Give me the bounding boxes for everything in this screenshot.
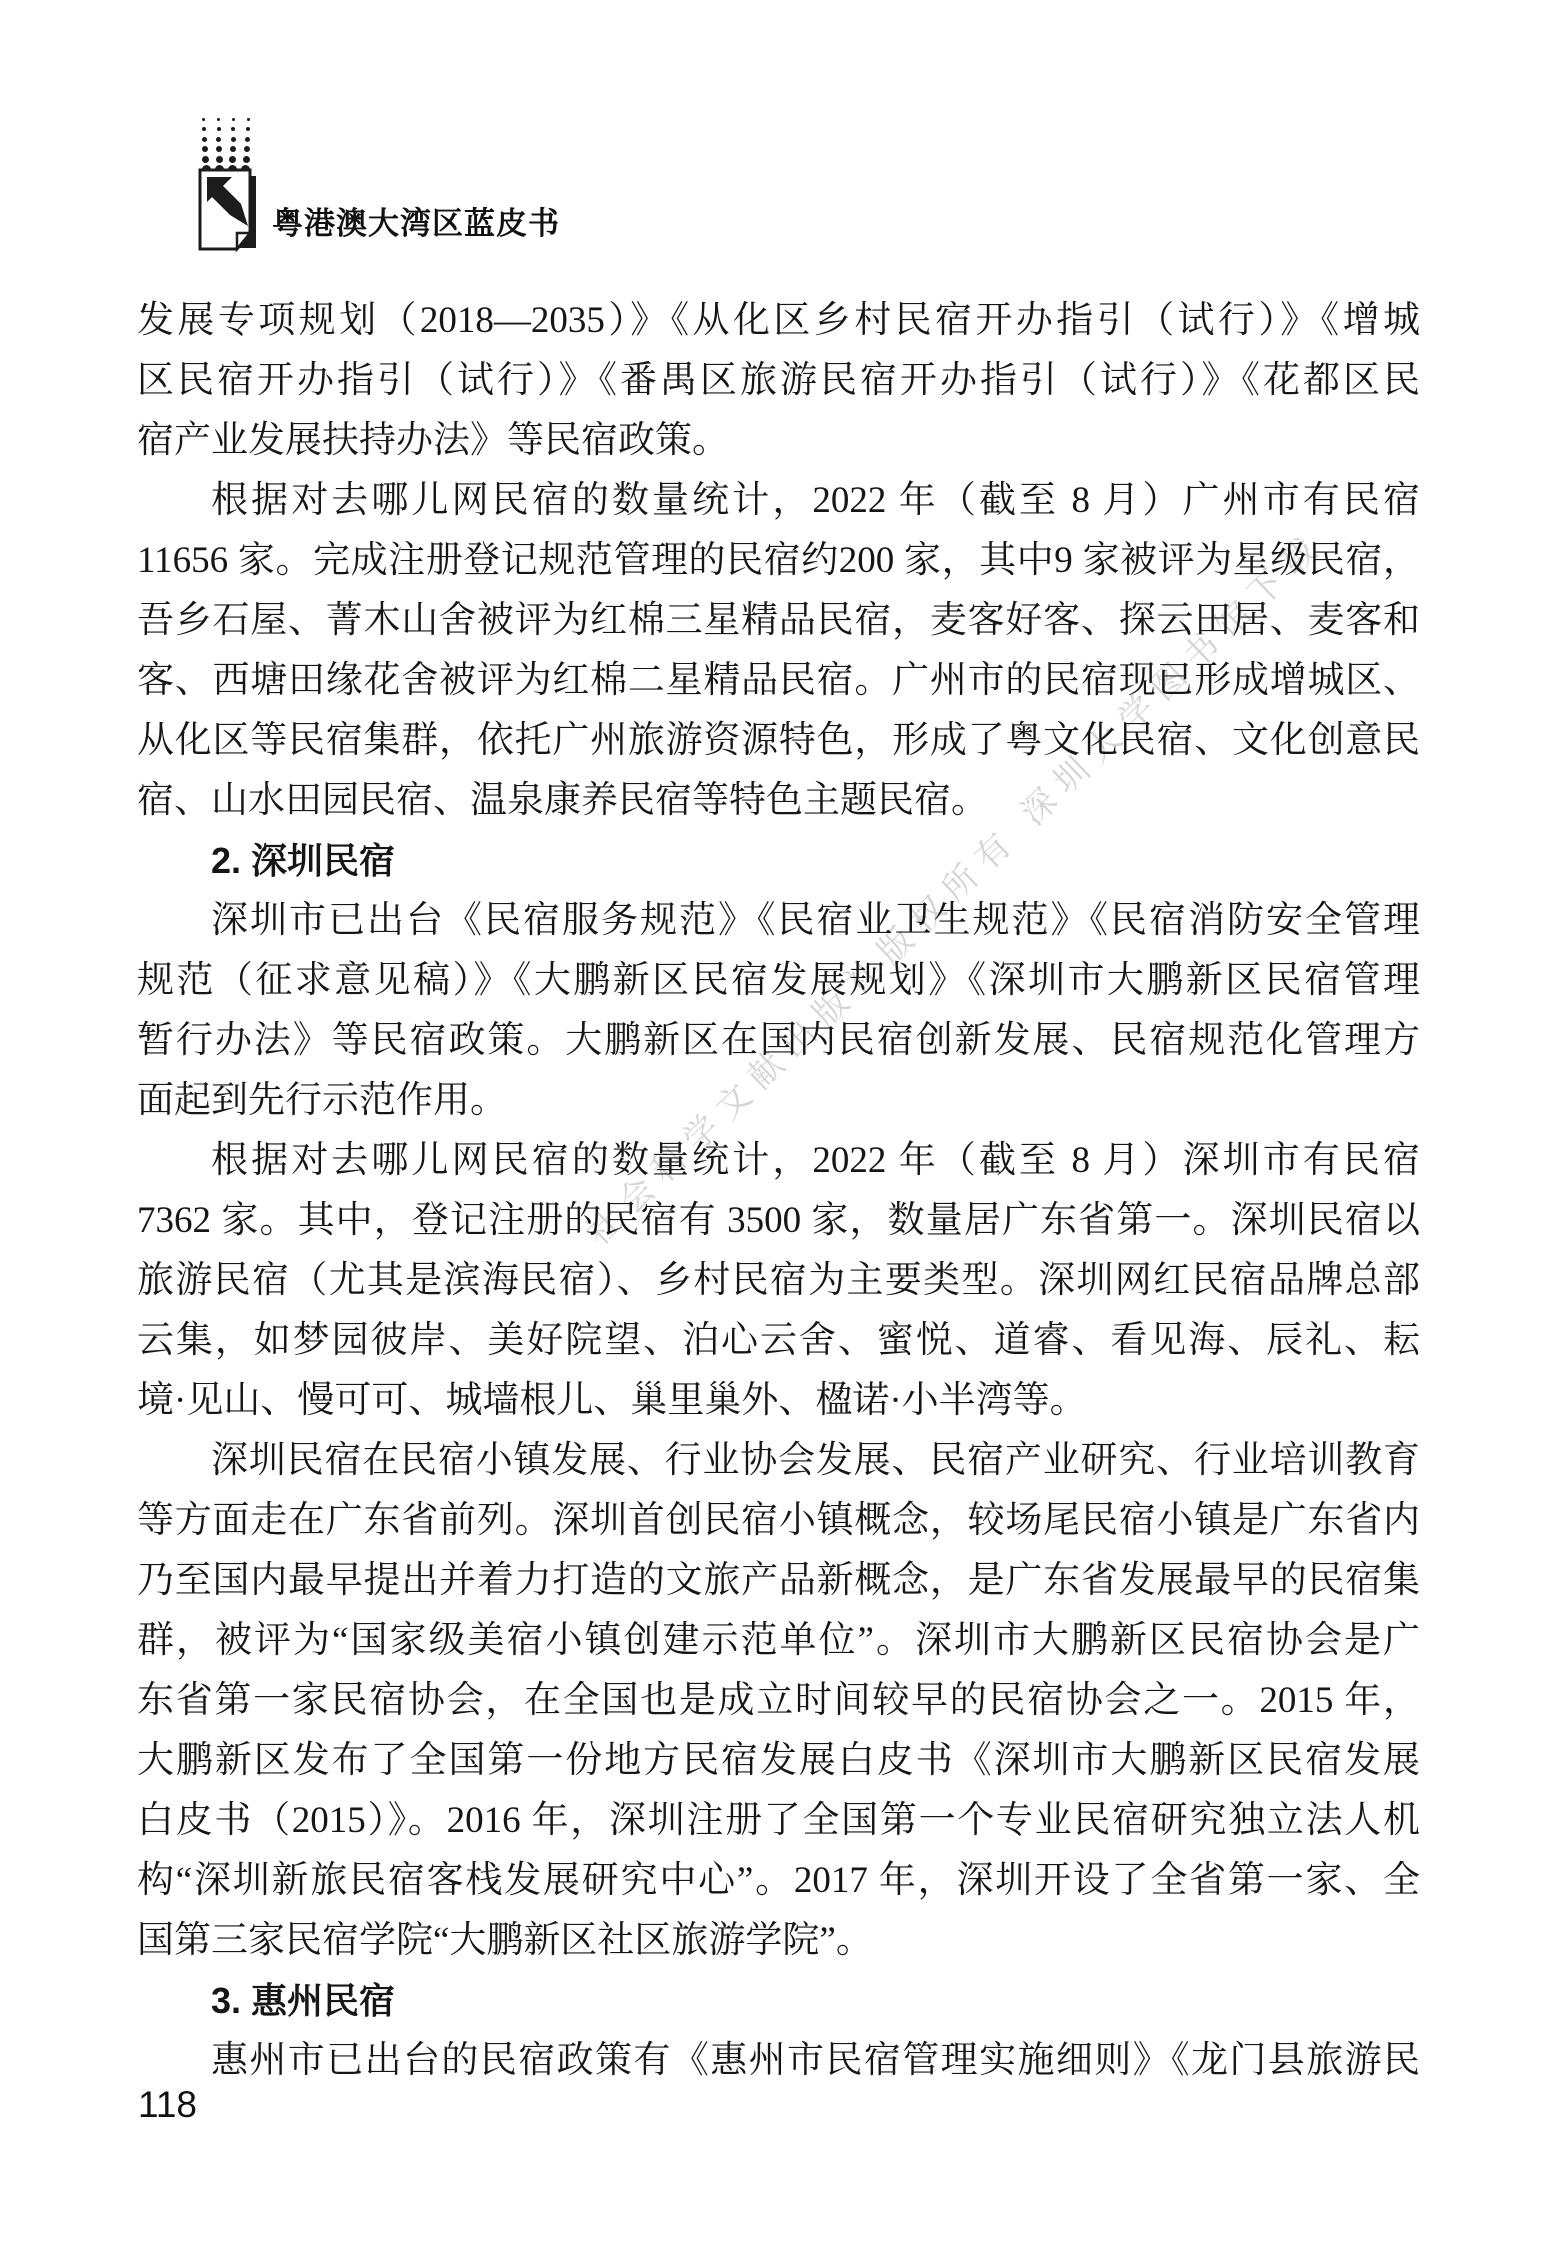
text-line: 客、西塘田缘花舍被评为红棉二星精品民宿。广州市的民宿现已形成增城区、 [137,651,1420,711]
text-line: 群，被评为“国家级美宿小镇创建示范单位”。深圳市大鹏新区民宿协会是广 [137,1611,1420,1671]
text-line: 国第三家民宿学院“大鹏新区社区旅游学院”。 [137,1911,1420,1971]
section-heading-shenzhen: 2. 深圳民宿 [137,831,1420,891]
text-line: 宿、山水田园民宿、温泉康养民宿等特色主题民宿。 [137,771,1420,831]
text-line: 根据对去哪儿网民宿的数量统计，2022 年（截至 8 月）广州市有民宿 [137,471,1420,531]
text-line: 暂行办法》等民宿政策。大鹏新区在国内民宿创新发展、民宿规范化管理方 [137,1011,1420,1071]
text-line: 乃至国内最早提出并着力打造的文旅产品新概念，是广东省发展最早的民宿集 [137,1551,1420,1611]
text-line: 规范（征求意见稿）》《大鹏新区民宿发展规划》《深圳市大鹏新区民宿管理 [137,951,1420,1011]
text-line: 东省第一家民宿协会，在全国也是成立时间较早的民宿协会之一。2015 年， [137,1671,1420,1731]
text-line: 白皮书（2015）》。2016 年，深圳注册了全国第一个专业民宿研究独立法人机 [137,1791,1420,1851]
page-number: 118 [138,2084,197,2126]
text-line: 发展专项规划（2018—2035）》《从化区乡村民宿开办指引（试行）》《增城 [137,291,1420,351]
text-line: 云集，如梦园彼岸、美好院望、泊心云舍、蜜悦、道睿、看见海、辰礼、耘 [137,1311,1420,1371]
document-page: 粤港澳大湾区蓝皮书 社会科学文献出版社版权所有 深圳大学图书馆下载 发展专项规划… [0,0,1556,2244]
text-line: 11656 家。完成注册登记规范管理的民宿约200 家，其中9 家被评为星级民宿… [137,531,1420,591]
text-line: 构“深圳新旅民宿客栈发展研究中心”。2017 年，深圳开设了全省第一家、全 [137,1851,1420,1911]
text-line: 深圳民宿在民宿小镇发展、行业协会发展、民宿产业研究、行业培训教育 [137,1431,1420,1491]
text-line: 大鹏新区发布了全国第一份地方民宿发展白皮书《深圳市大鹏新区民宿发展 [137,1731,1420,1791]
series-title: 粤港澳大湾区蓝皮书 [272,204,560,244]
text-line: 根据对去哪儿网民宿的数量统计，2022 年（截至 8 月）深圳市有民宿 [137,1131,1420,1191]
text-line: 吾乡石屋、菁木山舍被评为红棉三星精品民宿，麦客好客、探云田居、麦客和 [137,591,1420,651]
section-heading-huizhou: 3. 惠州民宿 [137,1971,1420,2031]
text-line: 惠州市已出台的民宿政策有《惠州市民宿管理实施细则》《龙门县旅游民 [137,2031,1420,2091]
logo-dots-icon [202,114,250,174]
body-text: 发展专项规划（2018—2035）》《从化区乡村民宿开办指引（试行）》《增城 区… [137,291,1420,2091]
text-line: 区民宿开办指引（试行）》《番禺区旅游民宿开办指引（试行）》《花都区民 [137,351,1420,411]
text-line: 等方面走在广东省前列。深圳首创民宿小镇概念，较场尾民宿小镇是广东省内 [137,1491,1420,1551]
text-line: 宿产业发展扶持办法》等民宿政策。 [137,411,1420,471]
blue-book-logo-icon [196,168,260,256]
text-line: 旅游民宿（尤其是滨海民宿）、乡村民宿为主要类型。深圳网红民宿品牌总部 [137,1251,1420,1311]
text-line: 深圳市已出台《民宿服务规范》《民宿业卫生规范》《民宿消防安全管理 [137,891,1420,951]
text-line: 境·见山、慢可可、城墙根儿、巢里巢外、楹诺·小半湾等。 [137,1371,1420,1431]
text-line: 7362 家。其中，登记注册的民宿有 3500 家，数量居广东省第一。深圳民宿以 [137,1191,1420,1251]
text-line: 从化区等民宿集群，依托广州旅游资源特色，形成了粤文化民宿、文化创意民 [137,711,1420,771]
text-line: 面起到先行示范作用。 [137,1071,1420,1131]
